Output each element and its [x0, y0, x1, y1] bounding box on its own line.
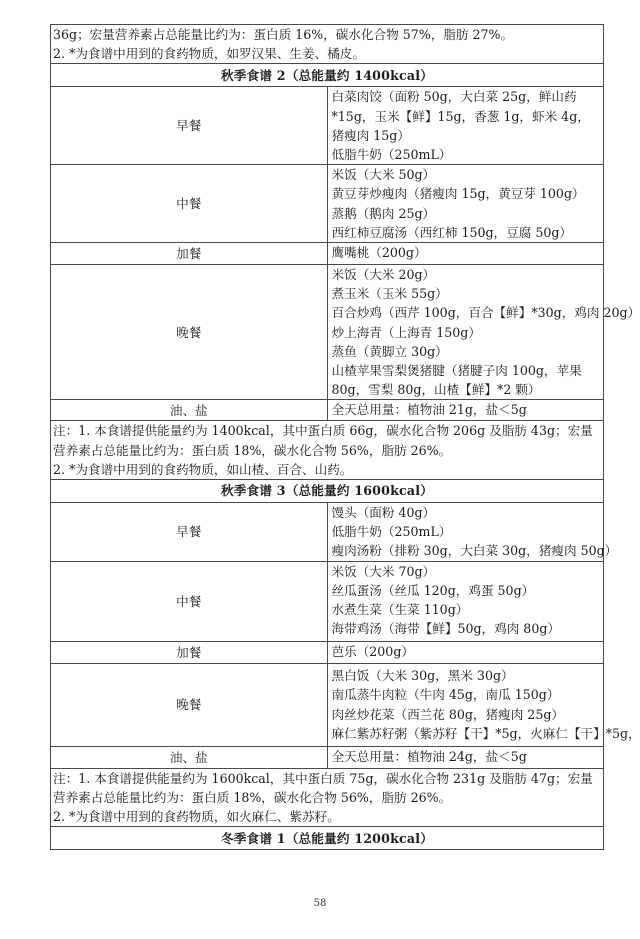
meal-label: 中餐 — [51, 165, 328, 243]
carryover-note-row: 36g；宏量营养素占总能量比约为：蛋白质 16%，碳水化合物 57%，脂肪 27… — [51, 25, 604, 64]
meal-items: 米饭（大米 50g） 黄豆芽炒瘦肉（猪瘦肉 15g，黄豆芽 100g） 蒸鹅（鹅… — [327, 165, 604, 243]
meal-row-dinner: 晚餐 米饭（大米 20g） 煮玉米（玉米 55g） 百合炒鸡（西芹 100g，百… — [51, 265, 604, 400]
dish: 芭乐（200g） — [332, 642, 600, 661]
oil-salt-total: 全天总用量：植物油 24g，盐＜5g — [332, 747, 600, 766]
meal-items: 馒头（面粉 40g） 低脂牛奶（250mL） 瘦肉汤粉（排粉 30g，大白菜 3… — [327, 503, 604, 562]
note-line: 2. *为食谱中用到的食药物质，如罗汉果、生姜、橘皮。 — [53, 44, 601, 63]
menu-note: 注：1. 本食谱提供能量约为 1400kcal，其中蛋白质 66g，碳水化合物 … — [51, 421, 604, 480]
dish: 百合炒鸡（西芹 100g，百合【鲜】*30g，鸡肉 20g） — [332, 303, 600, 322]
meal-items: 芭乐（200g） — [327, 641, 604, 663]
dish: 鹰嘴桃（200g） — [332, 243, 600, 262]
dish: 米饭（大米 20g） — [332, 265, 600, 284]
meal-label: 油、盐 — [51, 400, 328, 421]
meal-row-breakfast: 早餐 馒头（面粉 40g） 低脂牛奶（250mL） 瘦肉汤粉（排粉 30g，大白… — [51, 503, 604, 562]
meal-row-dinner: 晚餐 黑白饭（大米 30g，黑米 30g） 南瓜蒸牛肉粒（牛肉 45g，南瓜 1… — [51, 663, 604, 746]
meal-items: 白菜肉饺（面粉 50g，大白菜 25g，鲜山药*15g，玉米【鲜】15g，香葱 … — [327, 87, 604, 165]
carryover-note: 36g；宏量营养素占总能量比约为：蛋白质 16%，碳水化合物 57%，脂肪 27… — [51, 25, 604, 64]
menu-title-row: 冬季食谱 1（总能量约 1200kcal） — [51, 827, 604, 850]
meal-row-breakfast: 早餐 白菜肉饺（面粉 50g，大白菜 25g，鲜山药*15g，玉米【鲜】15g，… — [51, 87, 604, 165]
dish: 水煮生菜（生菜 110g） — [332, 600, 600, 619]
meal-label: 油、盐 — [51, 746, 328, 768]
dish: 米饭（大米 50g） — [332, 165, 600, 184]
meal-items: 米饭（大米 20g） 煮玉米（玉米 55g） 百合炒鸡（西芹 100g，百合【鲜… — [327, 265, 604, 400]
meal-label: 早餐 — [51, 503, 328, 562]
menu-title: 秋季食谱 3（总能量约 1600kcal） — [51, 480, 604, 503]
meal-label: 晚餐 — [51, 265, 328, 400]
meal-row-snack: 加餐 鹰嘴桃（200g） — [51, 243, 604, 265]
meal-row-lunch: 中餐 米饭（大米 70g） 丝瓜蛋汤（丝瓜 120g，鸡蛋 50g） 水煮生菜（… — [51, 561, 604, 641]
dish: 丝瓜蛋汤（丝瓜 120g，鸡蛋 50g） — [332, 581, 600, 600]
dish: 黄豆芽炒瘦肉（猪瘦肉 15g，黄豆芽 100g） — [332, 184, 600, 203]
dish: 山楂苹果雪梨煲猪腱（猪腱子肉 100g，苹果 80g，雪梨 80g，山楂【鲜】*… — [332, 361, 600, 399]
menu-note-row: 注：1. 本食谱提供能量约为 1600kcal，其中蛋白质 75g，碳水化合物 … — [51, 768, 604, 827]
dish: 白菜肉饺（面粉 50g，大白菜 25g，鲜山药*15g，玉米【鲜】15g，香葱 … — [332, 87, 600, 145]
note-line: 注：1. 本食谱提供能量约为 1400kcal，其中蛋白质 66g，碳水化合物 … — [53, 421, 601, 459]
meal-label: 加餐 — [51, 243, 328, 265]
dish: 蒸鱼（黄脚立 30g） — [332, 342, 600, 361]
dish: 瘦肉汤粉（排粉 30g，大白菜 30g，猪瘦肉 50g） — [332, 541, 600, 560]
menu-title: 秋季食谱 2（总能量约 1400kcal） — [51, 64, 604, 87]
dish: 煮玉米（玉米 55g） — [332, 284, 600, 303]
dish: 海带鸡汤（海带【鲜】50g，鸡肉 80g） — [332, 619, 600, 638]
oil-salt-total: 全天总用量：植物油 21g，盐＜5g — [332, 400, 600, 419]
dish: 米饭（大米 70g） — [332, 562, 600, 581]
meal-row-snack: 加餐 芭乐（200g） — [51, 641, 604, 663]
meal-items: 全天总用量：植物油 21g，盐＜5g — [327, 400, 604, 421]
page-number: 58 — [0, 898, 640, 909]
menu-title-row: 秋季食谱 2（总能量约 1400kcal） — [51, 64, 604, 87]
dish: 炒上海青（上海青 150g） — [332, 323, 600, 342]
menu-note: 注：1. 本食谱提供能量约为 1600kcal，其中蛋白质 75g，碳水化合物 … — [51, 768, 604, 827]
note-line: 注：1. 本食谱提供能量约为 1600kcal，其中蛋白质 75g，碳水化合物 … — [53, 769, 601, 807]
meal-row-oil-salt: 油、盐 全天总用量：植物油 24g，盐＜5g — [51, 746, 604, 768]
next-section-title: 冬季食谱 1（总能量约 1200kcal） — [51, 827, 604, 850]
recipe-table: 36g；宏量营养素占总能量比约为：蛋白质 16%，碳水化合物 57%，脂肪 27… — [50, 24, 604, 850]
meal-items: 鹰嘴桃（200g） — [327, 243, 604, 265]
dish: 馒头（面粉 40g） — [332, 503, 600, 522]
menu-note-row: 注：1. 本食谱提供能量约为 1400kcal，其中蛋白质 66g，碳水化合物 … — [51, 421, 604, 480]
menu-title-row: 秋季食谱 3（总能量约 1600kcal） — [51, 480, 604, 503]
dish: 低脂牛奶（250mL） — [332, 145, 600, 164]
meal-label: 中餐 — [51, 561, 328, 641]
dish: 肉丝炒花菜（西兰花 80g，猪瘦肉 25g） — [332, 705, 600, 724]
note-line: 36g；宏量营养素占总能量比约为：蛋白质 16%，碳水化合物 57%，脂肪 27… — [53, 25, 601, 44]
dish: 低脂牛奶（250mL） — [332, 522, 600, 541]
dish: 西红柿豆腐汤（西红柿 150g，豆腐 50g） — [332, 223, 600, 242]
dish: 蒸鹅（鹅肉 25g） — [332, 204, 600, 223]
meal-row-oil-salt: 油、盐 全天总用量：植物油 21g，盐＜5g — [51, 400, 604, 421]
meal-items: 黑白饭（大米 30g，黑米 30g） 南瓜蒸牛肉粒（牛肉 45g，南瓜 150g… — [327, 663, 604, 746]
dish: 麻仁紫苏籽粥（紫苏籽【干】*5g，火麻仁【干】*5g，粳米 20g） — [332, 724, 600, 743]
dish: 黑白饭（大米 30g，黑米 30g） — [332, 666, 600, 685]
meal-items: 全天总用量：植物油 24g，盐＜5g — [327, 746, 604, 768]
meal-label: 晚餐 — [51, 663, 328, 746]
note-line: 2. *为食谱中用到的食药物质，如山楂、百合、山药。 — [53, 460, 601, 479]
meal-label: 加餐 — [51, 641, 328, 663]
dish: 南瓜蒸牛肉粒（牛肉 45g，南瓜 150g） — [332, 685, 600, 704]
meal-label: 早餐 — [51, 87, 328, 165]
meal-row-lunch: 中餐 米饭（大米 50g） 黄豆芽炒瘦肉（猪瘦肉 15g，黄豆芽 100g） 蒸… — [51, 165, 604, 243]
note-line: 2. *为食谱中用到的食药物质，如火麻仁、紫苏籽。 — [53, 807, 601, 826]
meal-items: 米饭（大米 70g） 丝瓜蛋汤（丝瓜 120g，鸡蛋 50g） 水煮生菜（生菜 … — [327, 561, 604, 641]
